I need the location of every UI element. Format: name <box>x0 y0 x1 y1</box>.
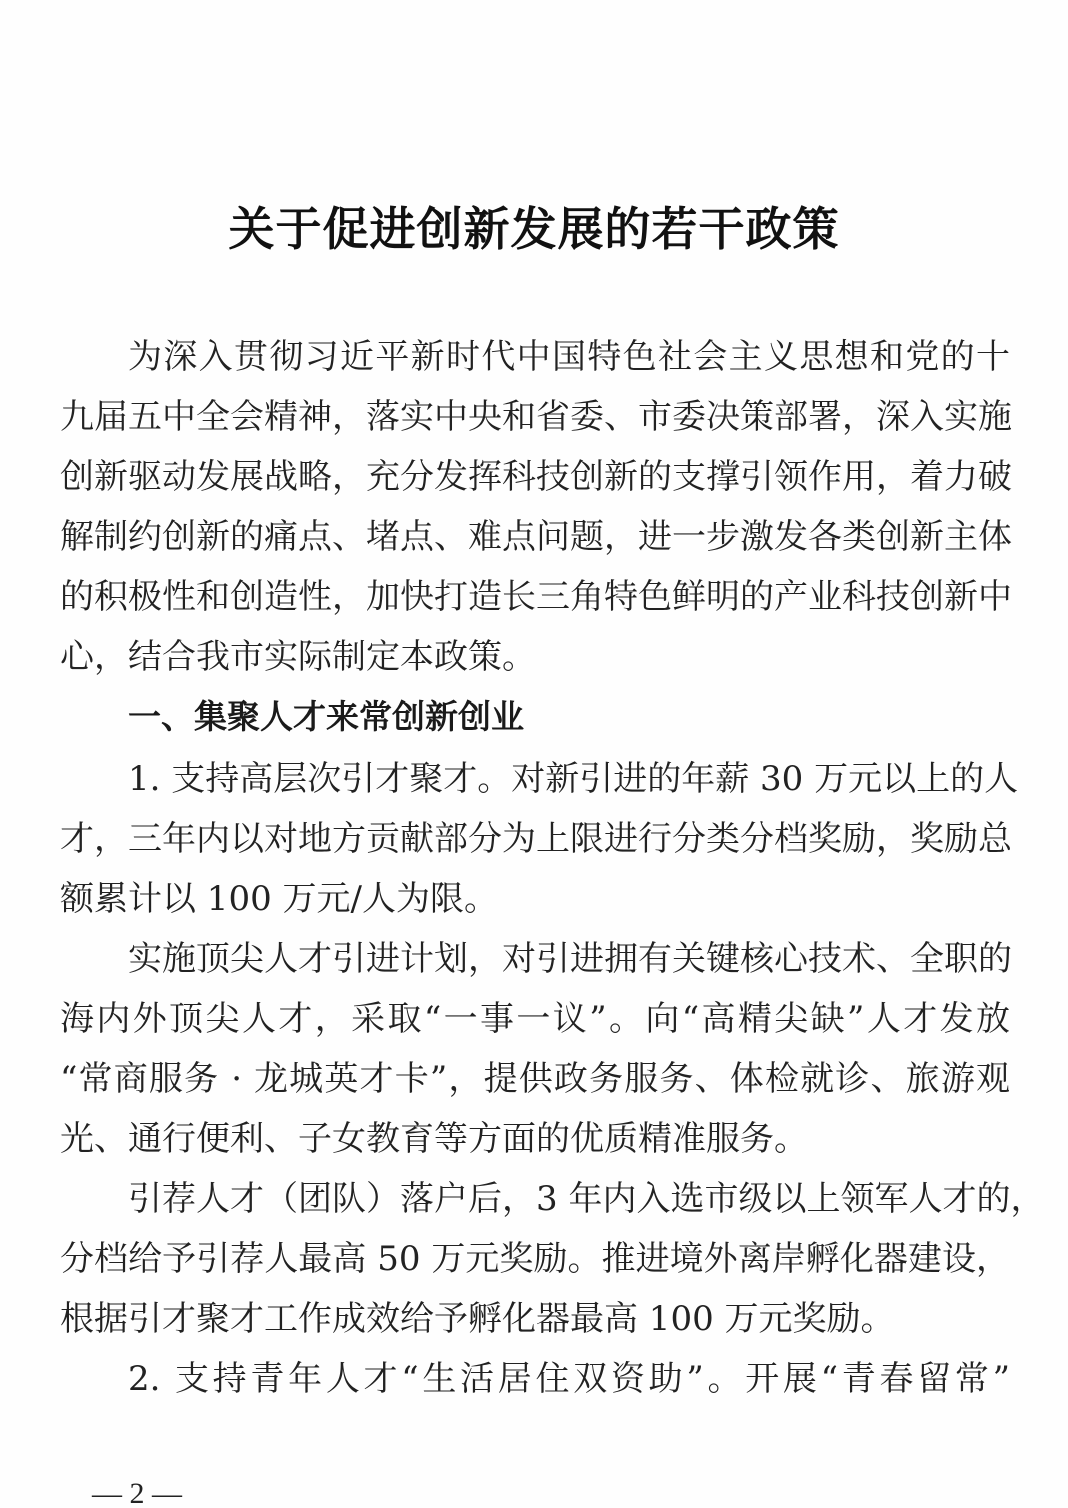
item-1-para-3-line-3: 根据引才聚才工作成效给予孵化器最高 100 万元奖励。 <box>60 1294 1010 1344</box>
preamble-line-1: 为深入贯彻习近平新时代中国特色社会主义思想和党的十 <box>128 332 1010 382</box>
preamble-line-4: 解制约创新的痛点、堵点、难点问题，进一步激发各类创新主体 <box>60 512 1010 562</box>
item-1-line-3: 额累计以 100 万元/人为限。 <box>60 874 1010 924</box>
item-1-para-2-line-3: “常商服务 · 龙城英才卡”，提供政务服务、体检就诊、旅游观 <box>60 1054 1010 1104</box>
item-1-para-2-line-2: 海内外顶尖人才，采取“一事一议”。向“高精尖缺”人才发放 <box>60 994 1010 1044</box>
section-heading: 一、集聚人才来常创新创业 <box>128 692 524 742</box>
item-1-para-2-line-4: 光、通行便利、子女教育等方面的优质精准服务。 <box>60 1114 1010 1164</box>
preamble-line-5: 的积极性和创造性，加快打造长三角特色鲜明的产业科技创新中 <box>60 572 1010 622</box>
preamble-line-6: 心，结合我市实际制定本政策。 <box>60 632 1010 682</box>
item-1-line-2: 才，三年内以对地方贡献部分为上限进行分类分档奖励，奖励总 <box>60 814 1010 864</box>
item-1-para-3-line-2: 分档给予引荐人最高 50 万元奖励。推进境外离岸孵化器建设， <box>60 1234 1010 1284</box>
document-page: 关于促进创新发展的若干政策 为深入贯彻习近平新时代中国特色社会主义思想和党的十 … <box>0 0 1068 1508</box>
item-1-line-1: 1. 支持高层次引才聚才。对新引进的年薪 30 万元以上的人 <box>128 754 1010 804</box>
preamble-line-2: 九届五中全会精神，落实中央和省委、市委决策部署，深入实施 <box>60 392 1010 442</box>
item-2-line-1: 2. 支持青年人才“生活居住双资助”。开展“青春留常” <box>128 1354 1010 1404</box>
item-1-para-3-line-1: 引荐人才（团队）落户后，3 年内入选市级以上领军人才的， <box>128 1174 1010 1224</box>
document-title: 关于促进创新发展的若干政策 <box>0 196 1068 262</box>
page-number: — 2 — <box>92 1476 182 1508</box>
preamble-line-3: 创新驱动发展战略，充分发挥科技创新的支撑引领作用，着力破 <box>60 452 1010 502</box>
item-1-para-2-line-1: 实施顶尖人才引进计划，对引进拥有关键核心技术、全职的 <box>128 934 1010 984</box>
